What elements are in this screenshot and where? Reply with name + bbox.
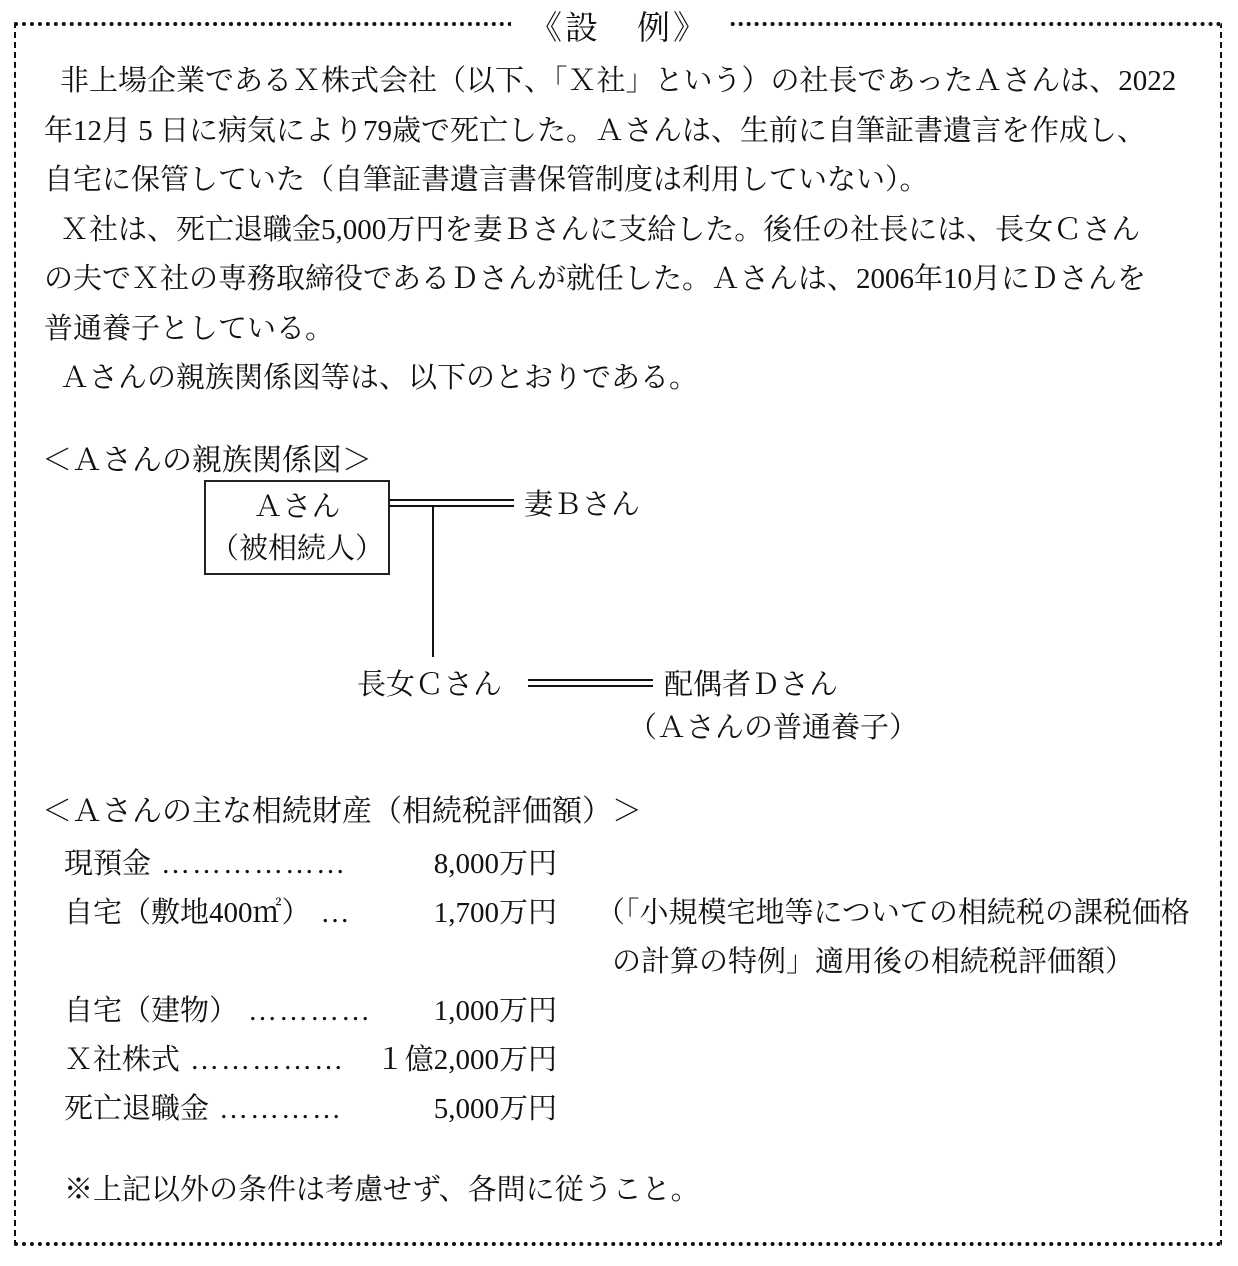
asset-label: Ｘ社株式 bbox=[64, 1044, 180, 1076]
asset-row-death-benefit: 死亡退職金………… 5,000万円 bbox=[64, 1091, 1208, 1127]
asset-row-x-shares: Ｘ社株式…………… １億2,000万円 bbox=[64, 1042, 1208, 1078]
asset-note-continuation: の計算の特例」適用後の相続税評価額） bbox=[612, 944, 1134, 980]
paragraph-line: Ｘ社は、死亡退職金5,000万円を妻Ｂさんに支給した。後任の社長には、長女Ｃさん bbox=[44, 206, 1210, 256]
asset-value: 1,700万円 bbox=[297, 895, 557, 931]
paragraph-line: Ａさんの親族関係図等は、以下のとおりである。 bbox=[44, 354, 1210, 404]
paragraph-line: 年12月 5 日に病気により79歳で死亡した。Ａさんは、生前に自筆証書遺言を作成… bbox=[44, 107, 1210, 157]
paragraph-line: 自宅に保管していた（自筆証書遺言書保管制度は利用していない）。 bbox=[44, 156, 1210, 206]
paragraph-line: の夫でＸ社の専務取締役であるＤさんが就任した。Ａさんは、2006年10月にＤさん… bbox=[44, 255, 1210, 305]
decedent-box: Ａさん （被相続人） bbox=[204, 480, 390, 575]
asset-row-home-building: 自宅（建物）………… 1,000万円 bbox=[64, 993, 1208, 1029]
marriage-line-c-d bbox=[528, 679, 653, 687]
asset-label: 死亡退職金 bbox=[64, 1093, 209, 1125]
decedent-name: Ａさん bbox=[206, 486, 388, 528]
case-study-page: 《設 例》 非上場企業であるＸ株式会社（以下、「Ｘ社」という）の社長であったＡさ… bbox=[0, 0, 1238, 1266]
intro-paragraphs: 非上場企業であるＸ株式会社（以下、「Ｘ社」という）の社長であったＡさんは、202… bbox=[44, 57, 1210, 404]
asset-value: 8,000万円 bbox=[297, 846, 557, 882]
paragraph-line: 非上場企業であるＸ株式会社（以下、「Ｘ社」という）の社長であったＡさんは、202… bbox=[44, 57, 1210, 107]
asset-label: 自宅（建物） bbox=[64, 995, 238, 1027]
conditions-footnote: ※上記以外の条件は考慮せず、各問に従うこと。 bbox=[64, 1172, 700, 1208]
marriage-line-a-b bbox=[389, 499, 514, 507]
assets-heading: ＜Ａさんの主な相続財産（相続税評価額）＞ bbox=[42, 795, 642, 829]
asset-row-cash: 現預金……………… 8,000万円 bbox=[64, 846, 1208, 882]
son-in-law-note: （Ａさんの普通養子） bbox=[628, 712, 918, 744]
asset-label: 現預金 bbox=[64, 848, 151, 880]
asset-note: （「小規模宅地等についての相続税の課税価格 bbox=[596, 895, 1190, 931]
wife-label: 妻Ｂさん bbox=[524, 489, 640, 521]
asset-value: １億2,000万円 bbox=[297, 1042, 557, 1078]
asset-row-home-land: 自宅（敷地400㎡）… 1,700万円 （「小規模宅地等についての相続税の課税価… bbox=[64, 895, 1208, 931]
asset-value: 5,000万円 bbox=[297, 1091, 557, 1127]
asset-label: 自宅（敷地400㎡） bbox=[64, 897, 311, 929]
paragraph-line: 普通養子としている。 bbox=[44, 305, 1210, 355]
family-diagram-heading: ＜Ａさんの親族関係図＞ bbox=[42, 444, 372, 478]
son-in-law-label: 配偶者Ｄさん bbox=[664, 669, 838, 701]
descent-line bbox=[432, 507, 434, 657]
asset-value: 1,000万円 bbox=[297, 993, 557, 1029]
decedent-role: （被相続人） bbox=[206, 528, 388, 570]
daughter-label: 長女Ｃさん bbox=[357, 669, 502, 701]
case-title: 《設 例》 bbox=[511, 2, 727, 49]
